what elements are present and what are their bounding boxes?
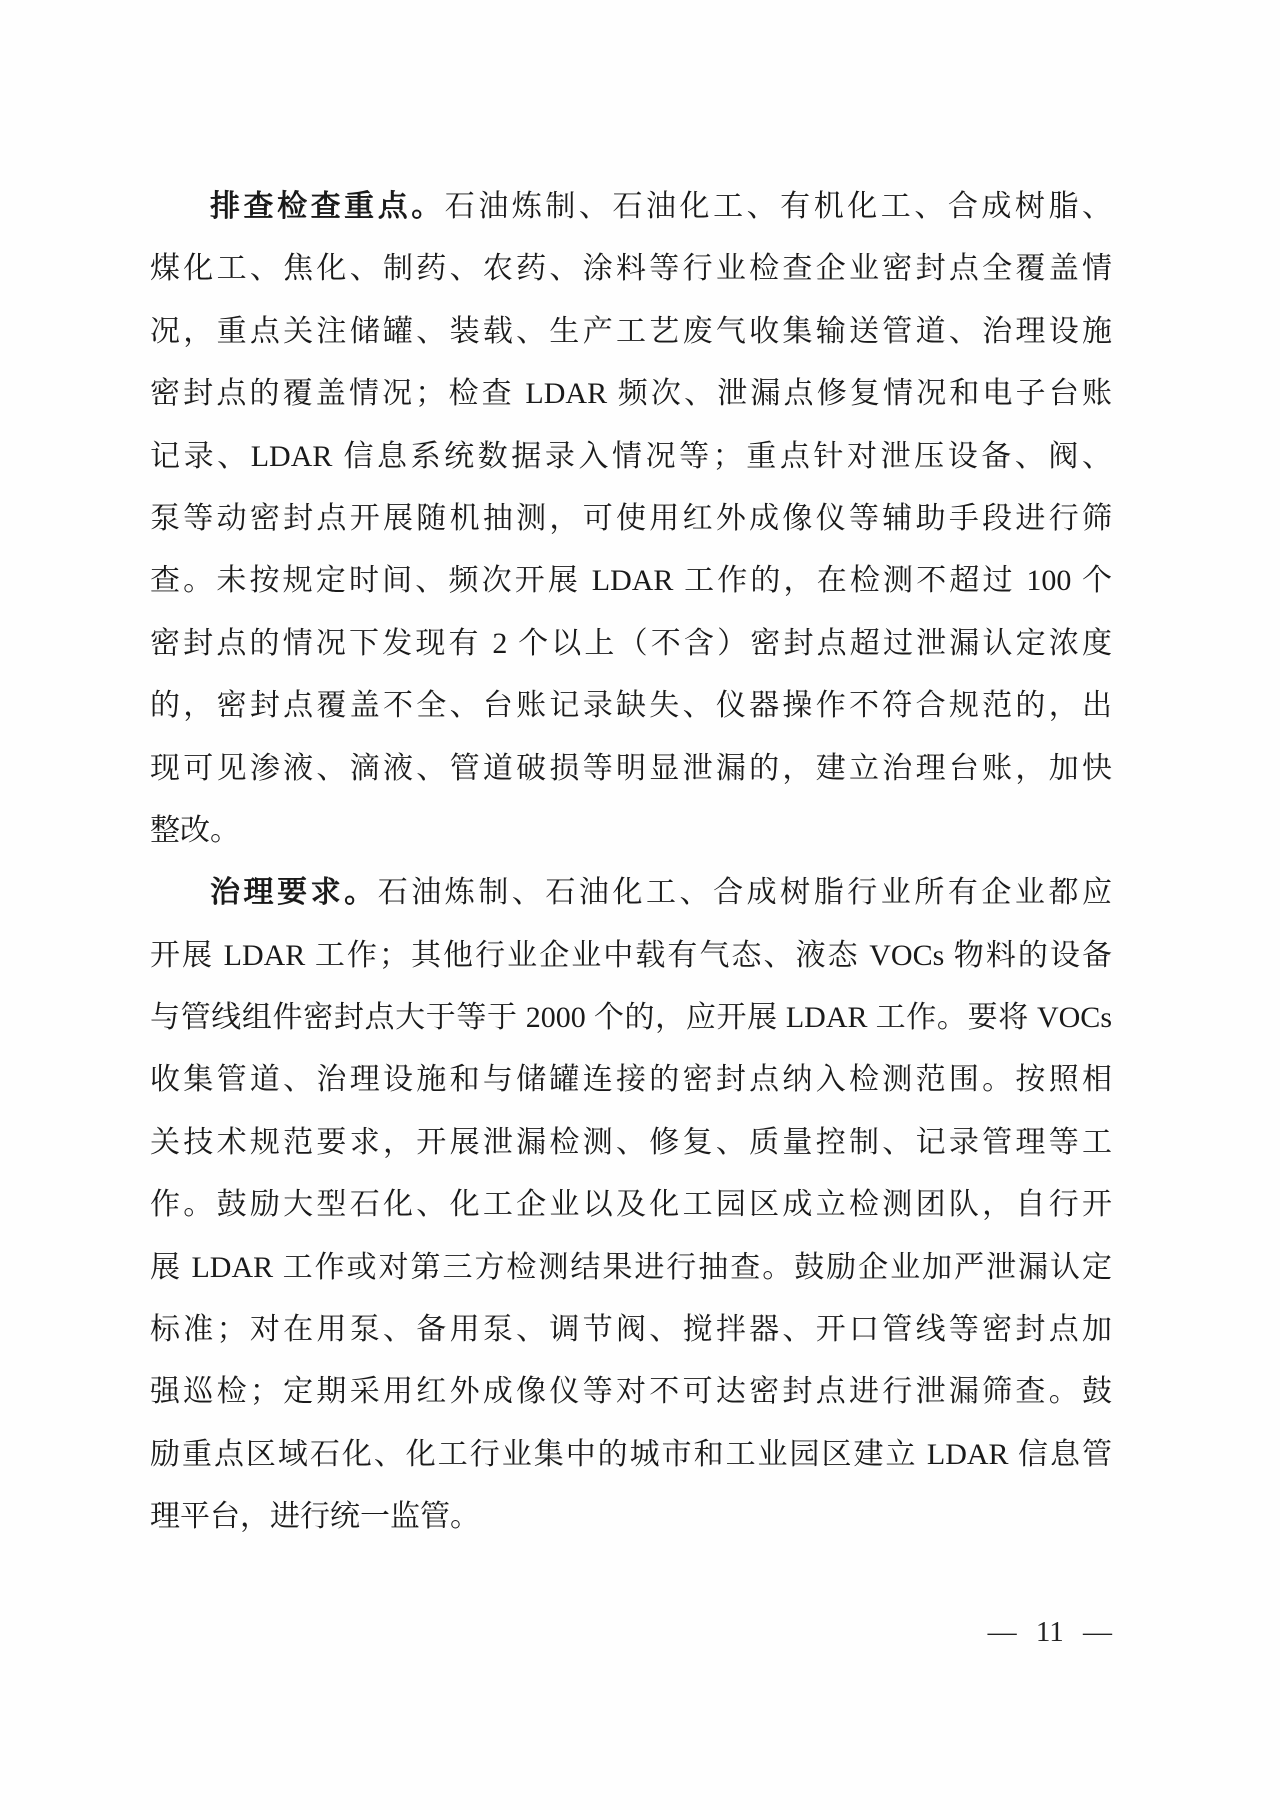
paragraph-2-line-4: 收集管道、治理设施和与储罐连接的密封点纳入检测范围。按照相 xyxy=(150,1049,1112,1111)
paragraph-1-line-2: 煤化工、焦化、制药、农药、涂料等行业检查企业密封点全覆盖情 xyxy=(150,238,1112,300)
paragraph-1-line-8: 密封点的情况下发现有 2 个以上（不含）密封点超过泄漏认定浓度 xyxy=(150,613,1112,675)
paragraph-2-line-7: 展 LDAR 工作或对第三方检测结果进行抽查。鼓励企业加严泄漏认定 xyxy=(150,1237,1112,1299)
paragraph-2-line-8: 标准；对在用泵、备用泵、调节阀、搅拌器、开口管线等密封点加 xyxy=(150,1299,1112,1361)
page-footer: — 11 — xyxy=(150,1612,1112,1652)
paragraph-1-line-9: 的，密封点覆盖不全、台账记录缺失、仪器操作不符合规范的，出 xyxy=(150,675,1112,737)
paragraph-1-line-1-text: 石油炼制、石油化工、有机化工、合成树脂、 xyxy=(445,190,1112,223)
paragraph-1-line-11: 整改。 xyxy=(150,800,1112,862)
paragraph-2-line-6: 作。鼓励大型石化、化工企业以及化工园区成立检测团队，自行开 xyxy=(150,1174,1112,1236)
paragraph-1-line-1: 排查检查重点。石油炼制、石油化工、有机化工、合成树脂、 xyxy=(150,176,1112,238)
paragraph-2-line-5: 关技术规范要求，开展泄漏检测、修复、质量控制、记录管理等工 xyxy=(150,1112,1112,1174)
paragraph-2-line-9: 强巡检；定期采用红外成像仪等对不可达密封点进行泄漏筛查。鼓 xyxy=(150,1361,1112,1423)
paragraph-1-line-4: 密封点的覆盖情况；检查 LDAR 频次、泄漏点修复情况和电子台账 xyxy=(150,363,1112,425)
paragraph-1-line-10: 现可见渗液、滴液、管道破损等明显泄漏的，建立治理台账，加快 xyxy=(150,738,1112,800)
paragraph-1-line-5: 记录、LDAR 信息系统数据录入情况等；重点针对泄压设备、阀、 xyxy=(150,426,1112,488)
paragraph-1-heading: 排查检查重点。 xyxy=(210,190,445,223)
paragraph-2-line-10: 励重点区域石化、化工行业集中的城市和工业园区建立 LDAR 信息管 xyxy=(150,1424,1112,1486)
paragraph-2-line-2: 开展 LDAR 工作；其他行业企业中载有气态、液态 VOCs 物料的设备 xyxy=(150,925,1112,987)
paragraph-1-line-3: 况，重点关注储罐、装载、生产工艺废气收集输送管道、治理设施 xyxy=(150,301,1112,363)
paragraph-1-line-7: 查。未按规定时间、频次开展 LDAR 工作的，在检测不超过 100 个 xyxy=(150,550,1112,612)
paragraph-2-line-1-text: 石油炼制、石油化工、合成树脂行业所有企业都应 xyxy=(378,876,1112,909)
paragraph-2-line-11: 理平台，进行统一监管。 xyxy=(150,1486,1112,1548)
paragraph-2-heading: 治理要求。 xyxy=(210,876,378,909)
paragraph-1-line-6: 泵等动密封点开展随机抽测，可使用红外成像仪等辅助手段进行筛 xyxy=(150,488,1112,550)
document-page: 排查检查重点。石油炼制、石油化工、有机化工、合成树脂、 煤化工、焦化、制药、农药… xyxy=(0,0,1280,1810)
page-number: — 11 — xyxy=(988,1616,1112,1648)
paragraph-2-line-1: 治理要求。石油炼制、石油化工、合成树脂行业所有企业都应 xyxy=(150,862,1112,924)
paragraph-2-line-3: 与管线组件密封点大于等于 2000 个的，应开展 LDAR 工作。要将 VOCs xyxy=(150,987,1112,1049)
document-body: 排查检查重点。石油炼制、石油化工、有机化工、合成树脂、 煤化工、焦化、制药、农药… xyxy=(150,176,1112,1549)
